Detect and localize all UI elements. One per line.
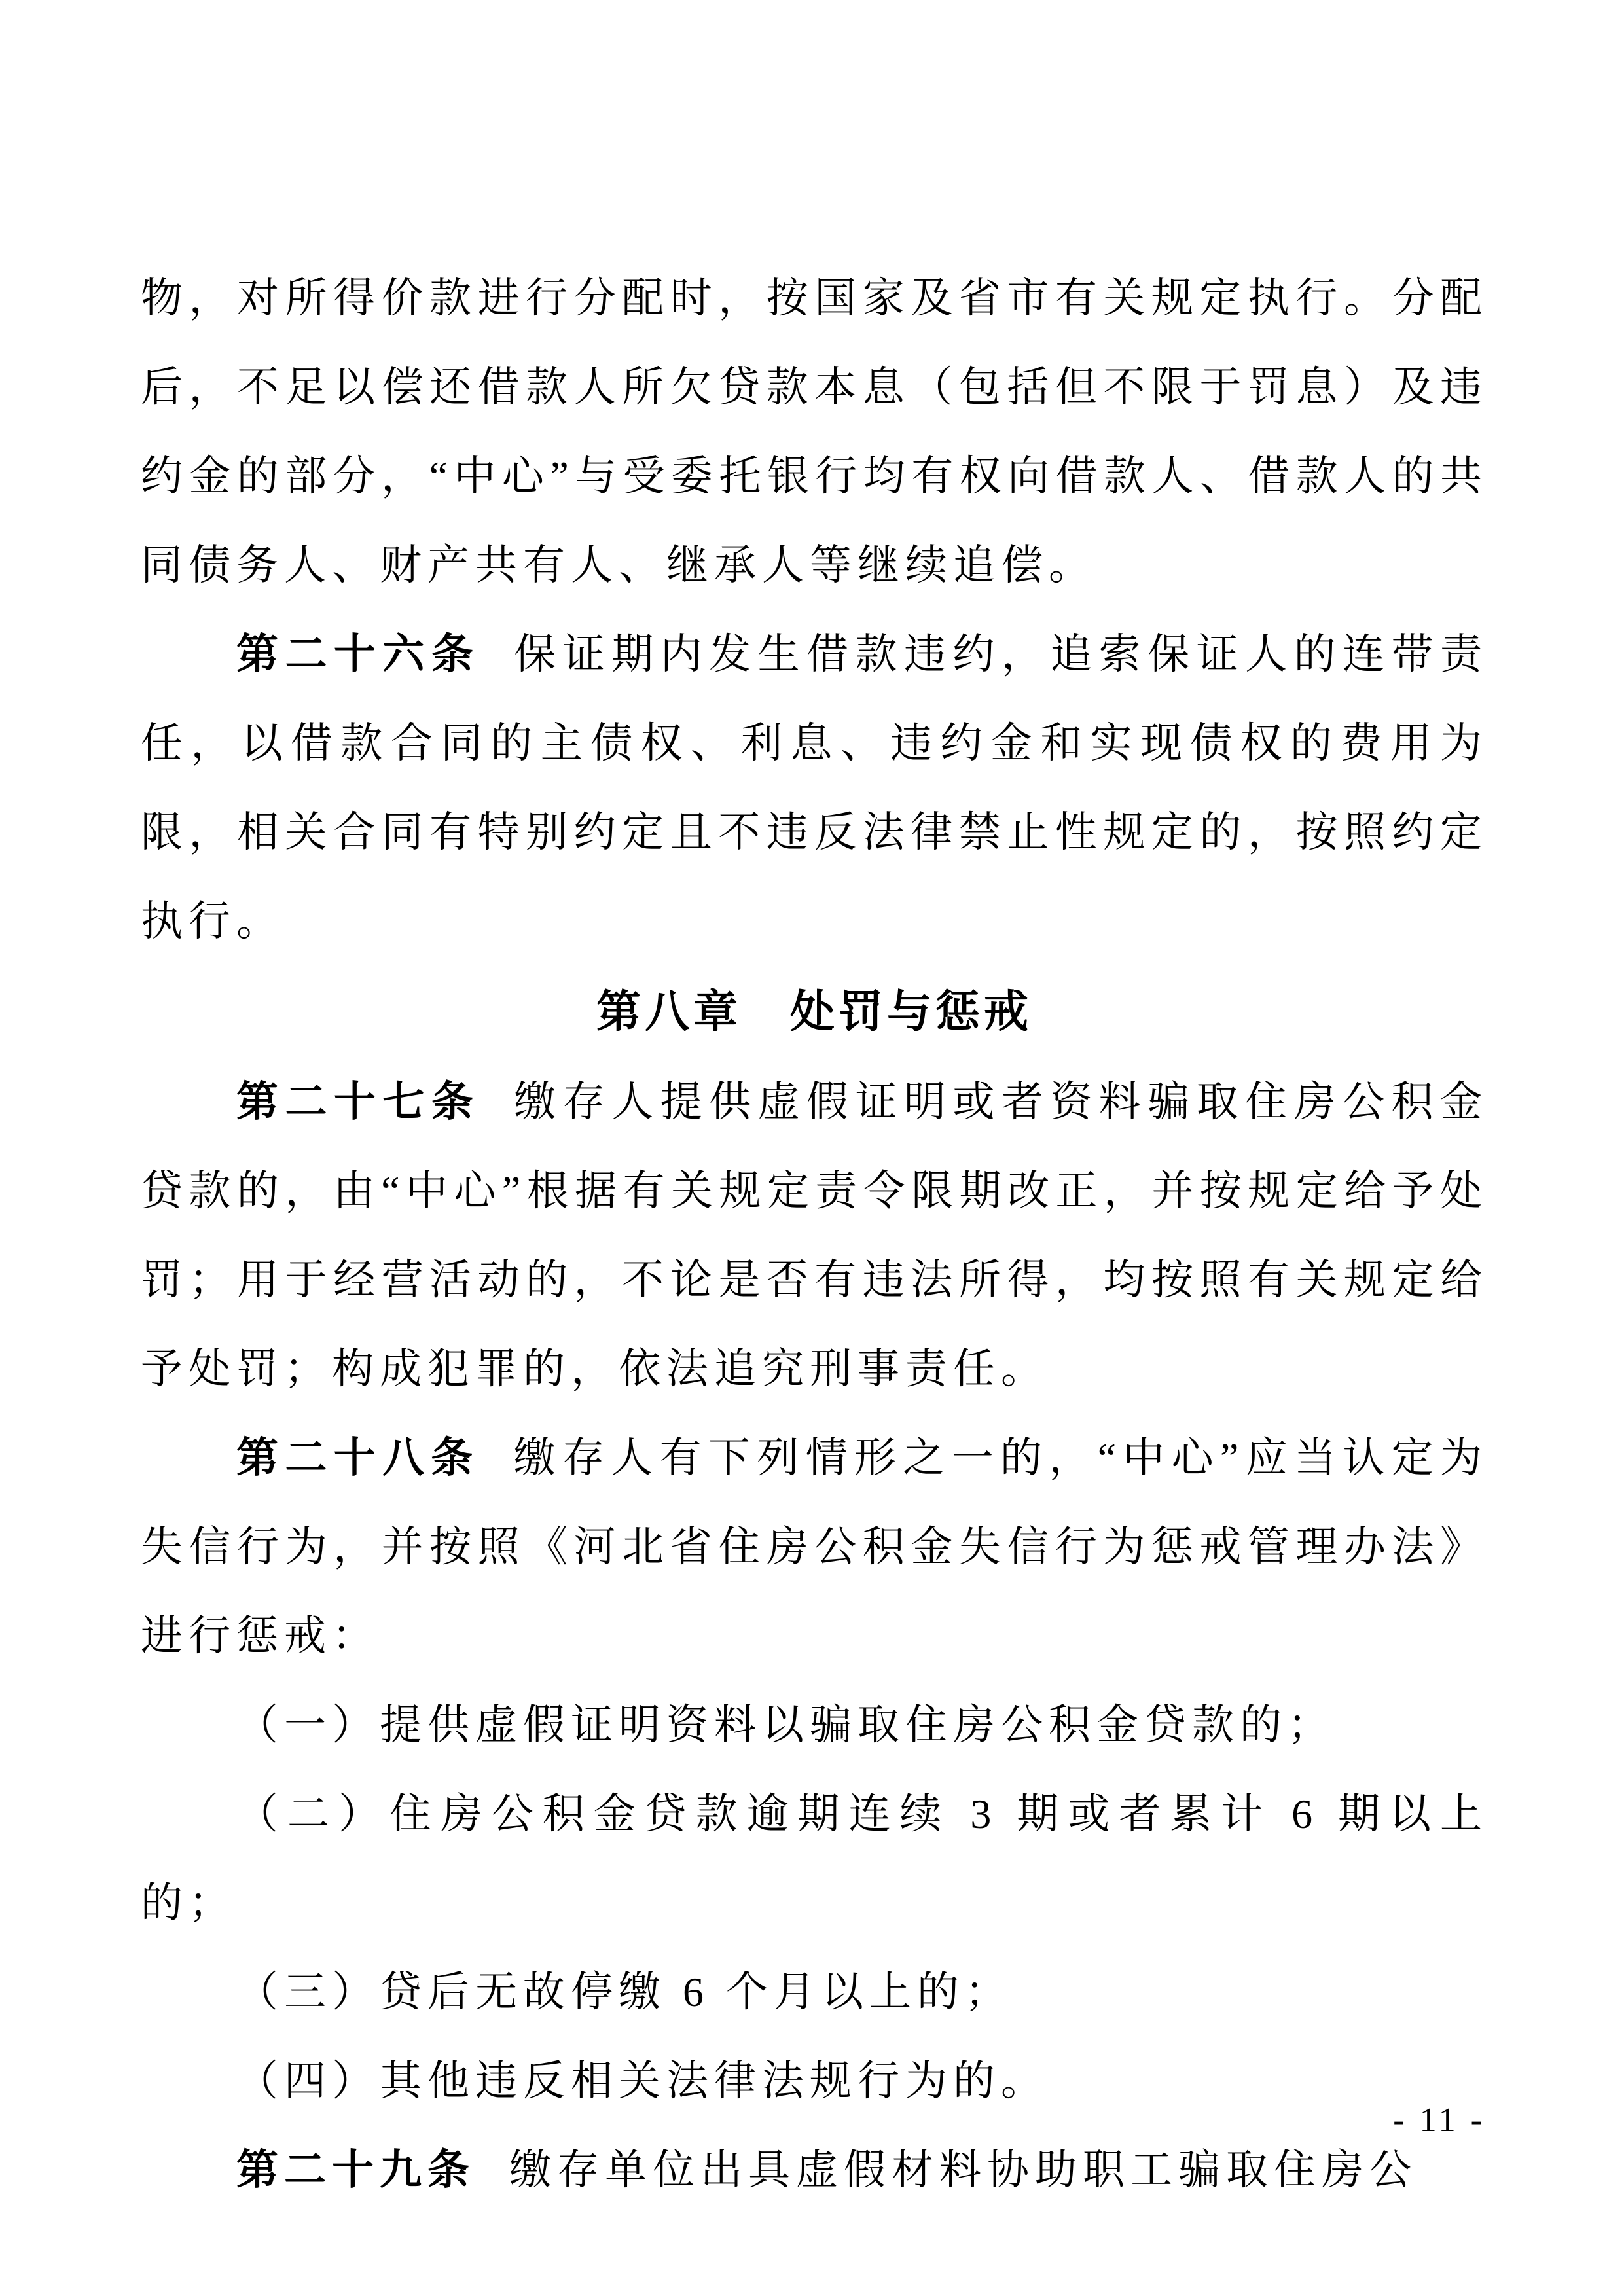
article-number: 第二十九条	[236, 2147, 475, 2193]
list-item: （三）贷后无故停缴 6 个月以上的；	[141, 1948, 1488, 2037]
paragraph-article-28: 第二十八条缴存人有下列情形之一的，“中心”应当认定为失信行为，并按照《河北省住房…	[141, 1414, 1488, 1681]
list-item: （四）其他违反相关法律法规行为的。	[141, 2037, 1488, 2126]
paragraph-text: 缴存人提供虚假证明或者资料骗取住房公积金贷款的，由“中心”根据有关规定责令限期改…	[141, 1079, 1488, 1392]
document-page: 物，对所得价款进行分配时，按国家及省市有关规定执行。分配后，不足以偿还借款人所欠…	[0, 0, 1624, 2296]
paragraph-text: 物，对所得价款进行分配时，按国家及省市有关规定执行。分配后，不足以偿还借款人所欠…	[141, 275, 1488, 588]
article-number: 第二十六条	[236, 631, 480, 677]
list-item: （二）住房公积金贷款逾期连续 3 期或者累计 6 期以上的；	[141, 1770, 1488, 1948]
paragraph-text: 保证期内发生借款违约，追索保证人的连带责任，以借款合同的主债权、利息、违约金和实…	[141, 631, 1488, 944]
paragraph-text: 缴存单位出具虚假材料协助职工骗取住房公	[509, 2147, 1417, 2193]
paragraph-article-27: 第二十七条缴存人提供虚假证明或者资料骗取住房公积金贷款的，由“中心”根据有关规定…	[141, 1058, 1488, 1414]
page-number: - 11 -	[1393, 2101, 1485, 2140]
article-number: 第二十七条	[236, 1079, 480, 1125]
chapter-heading: 第八章 处罚与惩戒	[141, 966, 1488, 1058]
paragraph-continuation: 物，对所得价款进行分配时，按国家及省市有关规定执行。分配后，不足以偿还借款人所欠…	[141, 254, 1488, 610]
paragraph-article-29: 第二十九条缴存单位出具虚假材料协助职工骗取住房公	[141, 2126, 1488, 2215]
list-item: （一）提供虚假证明资料以骗取住房公积金贷款的；	[141, 1681, 1488, 1770]
article-number: 第二十八条	[236, 1435, 480, 1481]
paragraph-article-26: 第二十六条保证期内发生借款违约，追索保证人的连带责任，以借款合同的主债权、利息、…	[141, 610, 1488, 966]
document-body: 物，对所得价款进行分配时，按国家及省市有关规定执行。分配后，不足以偿还借款人所欠…	[141, 254, 1488, 2215]
